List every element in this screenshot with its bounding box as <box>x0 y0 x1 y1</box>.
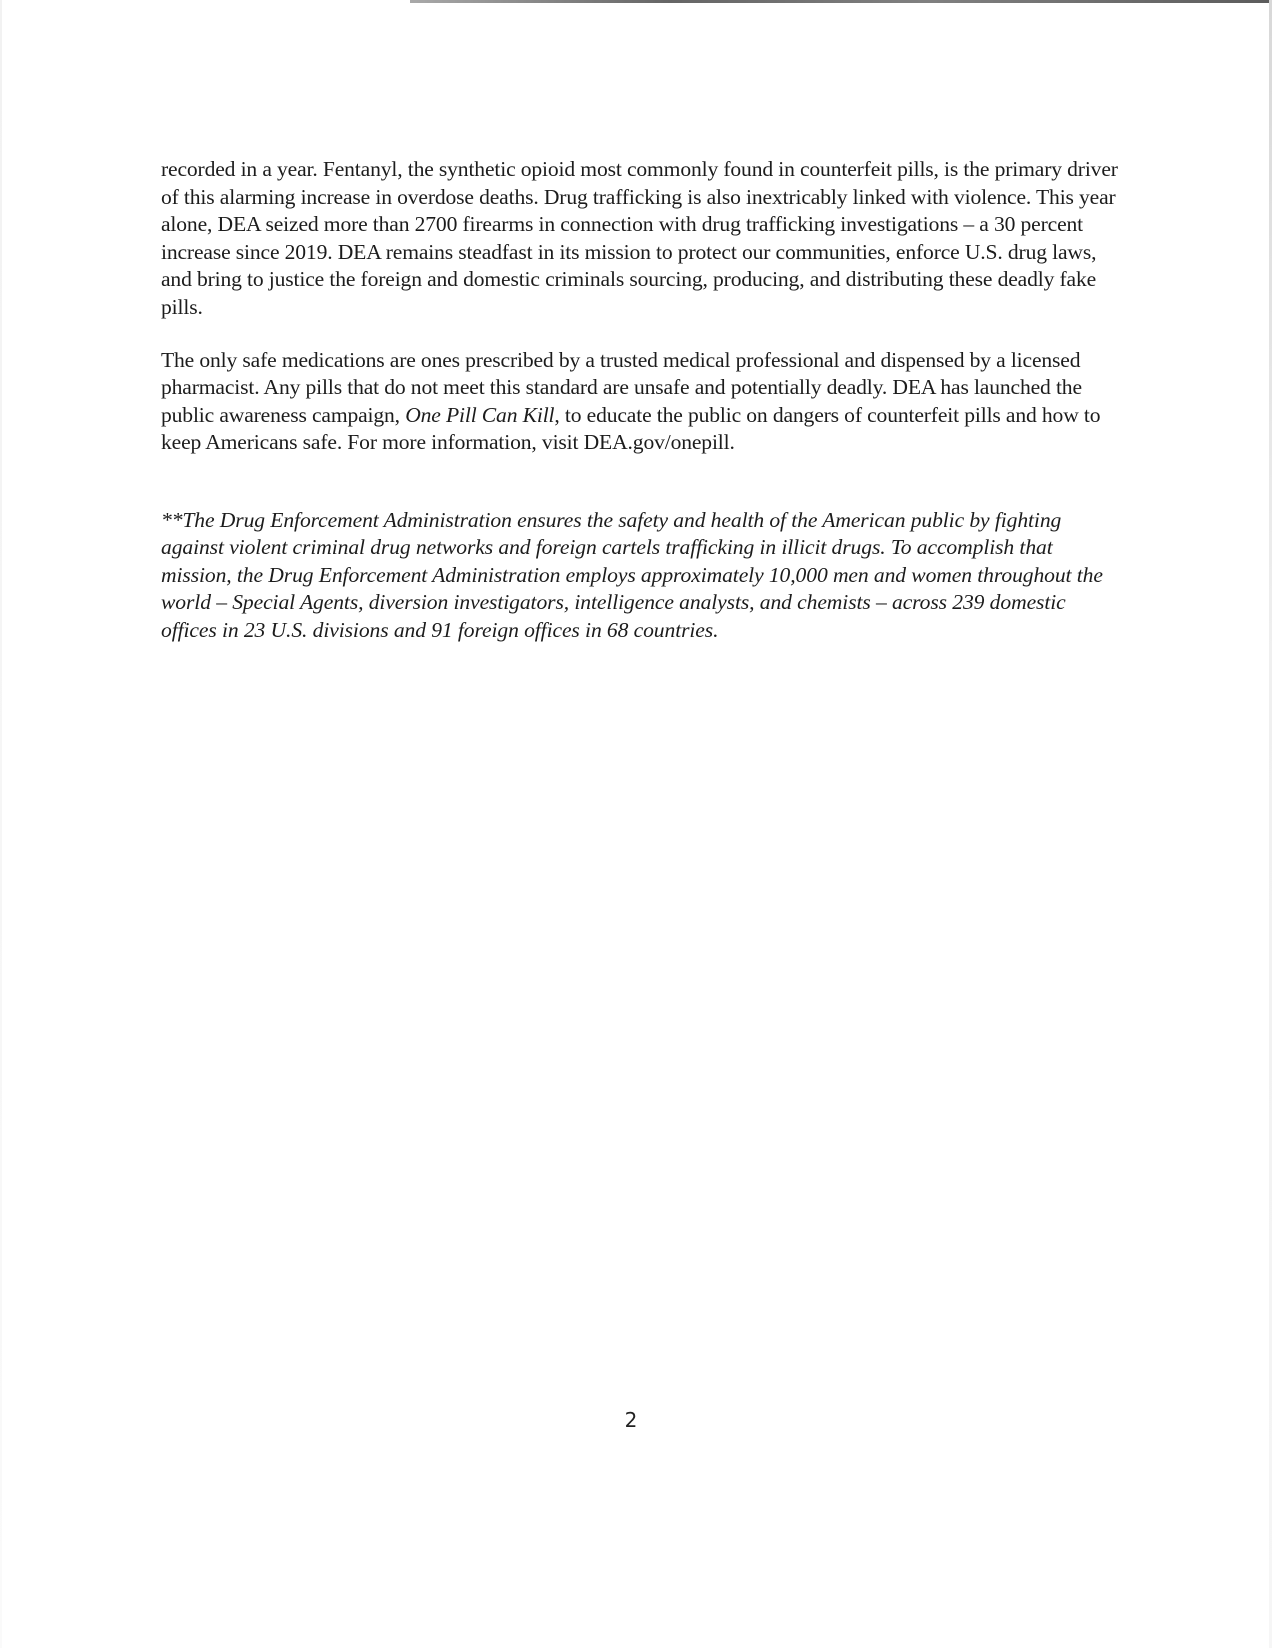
paragraph-fentanyl-violence: recorded in a year. Fentanyl, the synthe… <box>161 156 1121 322</box>
document-body: recorded in a year. Fentanyl, the synthe… <box>161 156 1121 670</box>
scan-edge-left <box>0 0 2 1648</box>
scan-edge-top <box>410 0 1272 3</box>
page-number: 2 <box>0 1408 1262 1432</box>
paragraph-safe-medications: The only safe medications are ones presc… <box>161 347 1121 457</box>
about-dea-boilerplate: **The Drug Enforcement Administration en… <box>161 507 1121 644</box>
campaign-name: One Pill Can Kill <box>405 403 554 427</box>
